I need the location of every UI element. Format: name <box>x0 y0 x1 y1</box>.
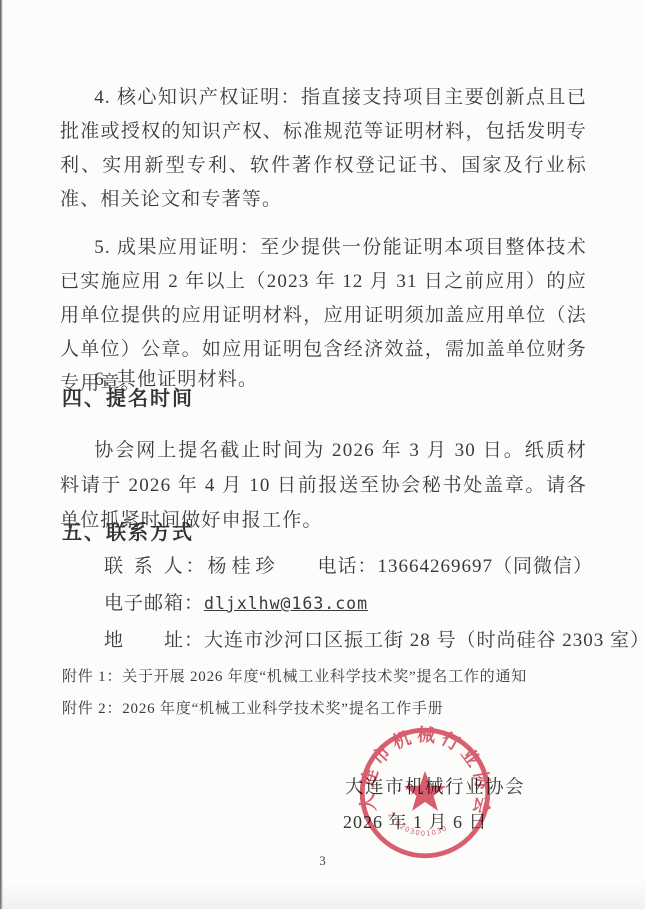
page-number: 3 <box>0 853 645 869</box>
contact-person-row: 联 系 人：杨桂珍电话：13664269697（同微信） <box>104 551 594 578</box>
phone-label: 电话： <box>318 556 378 577</box>
scan-edge <box>0 0 3 909</box>
email-link[interactable]: dljxlhw@163.com <box>204 594 368 613</box>
email-label: 电子邮箱： <box>104 593 204 614</box>
attachments-list: 附件 1：关于开展 2026 年度“机械工业科学技术奖”提名工作的通知 附件 2… <box>62 662 602 725</box>
address-label: 地 址： <box>104 630 204 651</box>
signature-organization: 大连市机械行业协会 <box>345 773 525 799</box>
contact-address-row: 地 址：大连市沙河口区振工街 28 号（时尚硅谷 2303 室） <box>104 625 594 652</box>
attachment-1: 附件 1：关于开展 2026 年度“机械工业科学技术奖”提名工作的通知 <box>62 662 602 694</box>
address-value: 大连市沙河口区振工街 28 号（时尚硅谷 2303 室） <box>204 630 645 651</box>
signature-date: 2026 年 1 月 6 日 <box>343 808 488 834</box>
contact-person-label: 联 系 人： <box>104 556 208 577</box>
contact-email-row: 电子邮箱：dljxlhw@163.com <box>104 588 594 615</box>
section-heading-nomination-time: 四、提名时间 <box>62 382 194 411</box>
paragraph-ip-proof: 4. 核心知识产权证明：指直接支持项目主要创新点且已批准或授权的知识产权、标准规… <box>60 81 587 217</box>
attachment-2: 附件 2：2026 年度“机械工业科学技术奖”提名工作手册 <box>62 694 602 726</box>
phone-number: 13664269697（同微信） <box>378 556 594 577</box>
document-page: 4. 核心知识产权证明：指直接支持项目主要创新点且已批准或授权的知识产权、标准规… <box>0 0 645 909</box>
scan-shadow <box>0 883 645 909</box>
contact-person-name: 杨桂珍 <box>208 556 280 577</box>
section-heading-contact: 五、联系方式 <box>62 516 194 545</box>
